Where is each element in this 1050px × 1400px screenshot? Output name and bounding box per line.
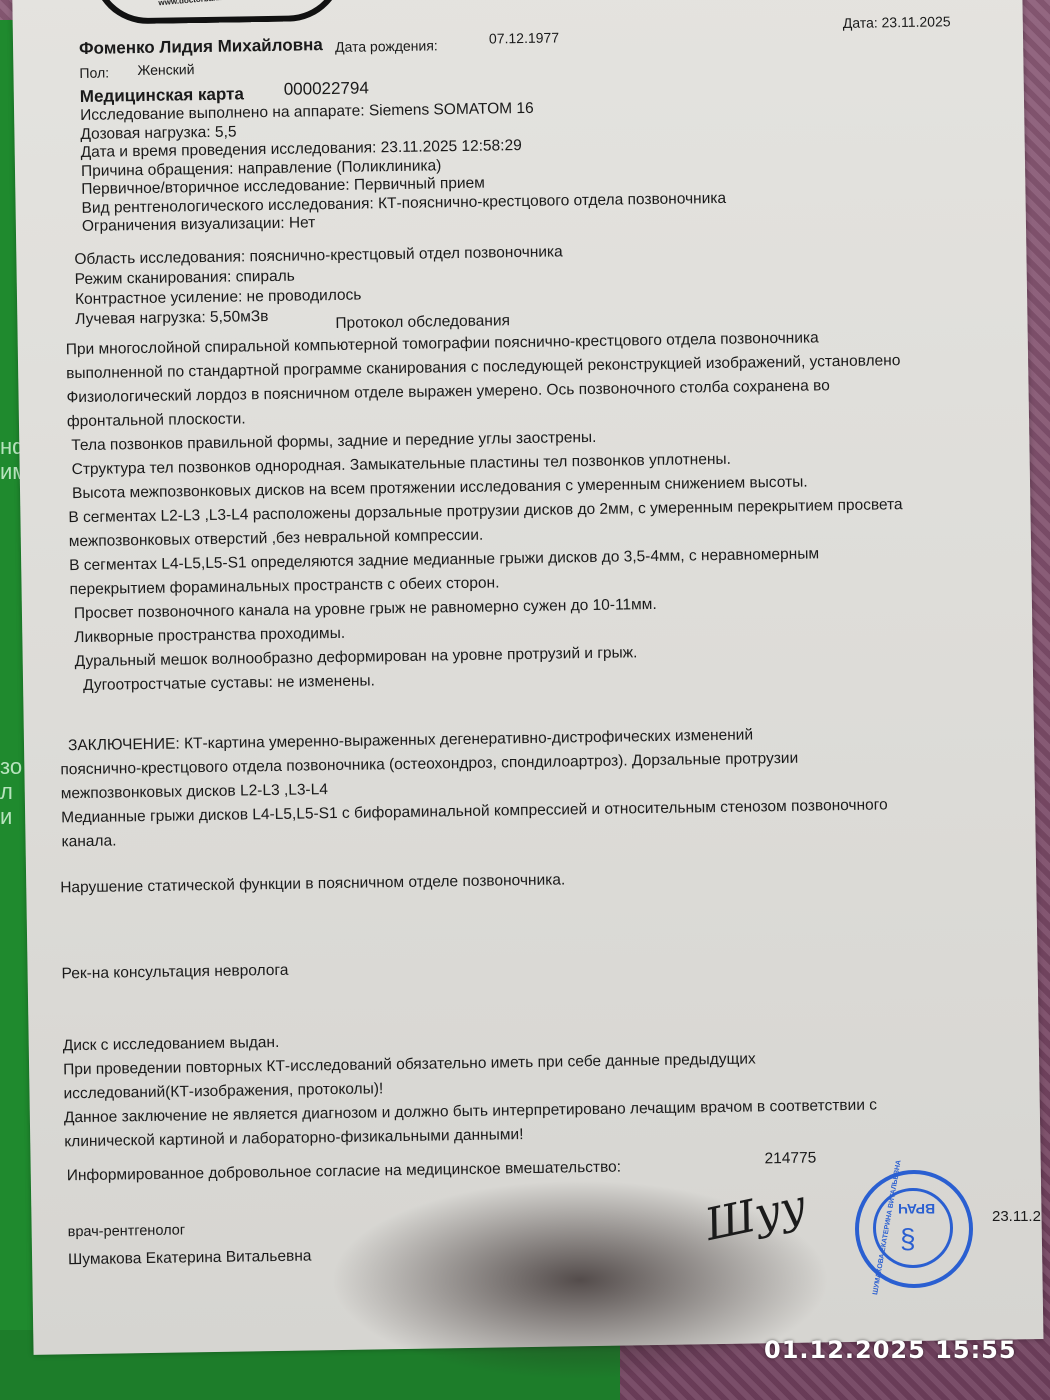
text-line: Контрастное усиление: не проводилось <box>75 287 362 309</box>
folder-partial-text: л <box>0 780 13 804</box>
text-line: Дугоотростчатые суставы: не изменены. <box>83 672 375 695</box>
recommendation: Рек-на консультация невролога <box>61 962 288 984</box>
sex-label: Пол: <box>79 64 109 80</box>
protocol-title: Протокол обследования <box>335 312 510 333</box>
clinic-logo: www.doctorbakin.ru <box>92 0 345 25</box>
stamp-center-word: ВРАЧ <box>898 1201 935 1217</box>
text-line: Диск с исследованием выдан. <box>63 1034 280 1055</box>
text-line: Ликворные пространства проходимы. <box>74 625 345 647</box>
text-line: Дозовая нагрузка: 5,5 <box>80 123 236 143</box>
text-line: При проведении повторных КТ-исследований… <box>63 1050 756 1079</box>
text-line: Тела позвонков правильной формы, задние … <box>71 429 596 455</box>
text-line: Физиологический лордоз в поясничном отде… <box>66 377 829 407</box>
doctor-name: Шумакова Екатерина Витальевна <box>68 1247 312 1269</box>
text-line: Режим сканирования: спираль <box>75 268 295 289</box>
text-line: перекрытием фораминальных пространств с … <box>69 574 499 599</box>
text-line: фронтальной плоскости. <box>67 410 246 431</box>
med-card-label: Медицинская карта <box>80 84 244 107</box>
folder-partial-text: и <box>0 805 12 829</box>
photo-timestamp: 01.12.2025 15:55 <box>764 1336 1017 1364</box>
birth-date: 07.12.1977 <box>489 29 559 46</box>
patient-name: Фоменко Лидия Михайловна <box>79 35 323 59</box>
text-line: В сегментах L4-L5,L5-S1 определяются зад… <box>69 545 819 575</box>
med-card-number: 000022794 <box>284 78 369 99</box>
text-line: пояснично-крестцового отдела позвоночник… <box>60 750 798 780</box>
text-line: межпозвонковых дисков L2-L3 ,L3-L4 <box>61 781 328 803</box>
text-line: Структура тел позвонков однородная. Замы… <box>72 451 732 479</box>
text-line: Область исследования: пояснично-крестцов… <box>74 243 563 269</box>
birth-date-label: Дата рождения: <box>335 37 438 55</box>
sex-value: Женский <box>137 61 194 78</box>
medical-snake-icon: § <box>900 1225 916 1253</box>
sign-date: 23.11.2 <box>992 1208 1041 1225</box>
text-line: Лучевая нагрузка: 5,50мЗв <box>75 308 268 329</box>
consent-number: 214775 <box>764 1150 816 1169</box>
text-line: клинической картиной и лабораторно-физик… <box>64 1126 523 1151</box>
report-date: Дата: 23.11.2025 <box>843 13 951 31</box>
text-line: исследований(КТ-изображения, протоколы)! <box>63 1080 383 1103</box>
doctor-title: врач-рентгенолог <box>68 1222 186 1240</box>
text-line: Просвет позвоночного канала на уровне гр… <box>74 596 657 623</box>
text-line: Дуральный мешок волнообразно деформирова… <box>75 644 638 671</box>
text-line: Ограничения визуализации: Нет <box>82 214 316 236</box>
ct-report-document: www.doctorbakin.ru Дата: 23.11.2025 Фоме… <box>12 0 1043 1355</box>
text-line: ЗАКЛЮЧЕНИЕ: КТ-картина умеренно-выраженн… <box>68 726 753 755</box>
static-function-note: Нарушение статической функции в поясничн… <box>60 871 565 897</box>
folder-partial-text: зо <box>0 755 22 779</box>
doctor-stamp: ВРАЧ § ШУМАКОВА ЕКАТЕРИНА ВИТАЛЬЕВНА <box>855 1170 973 1288</box>
text-line: канала. <box>61 832 116 851</box>
logo-url: www.doctorbakin.ru <box>158 0 235 7</box>
consent-label: Информированное добровольное согласие на… <box>67 1159 622 1186</box>
text-line: межпозвонковых отверстий ,без невральной… <box>69 527 484 552</box>
